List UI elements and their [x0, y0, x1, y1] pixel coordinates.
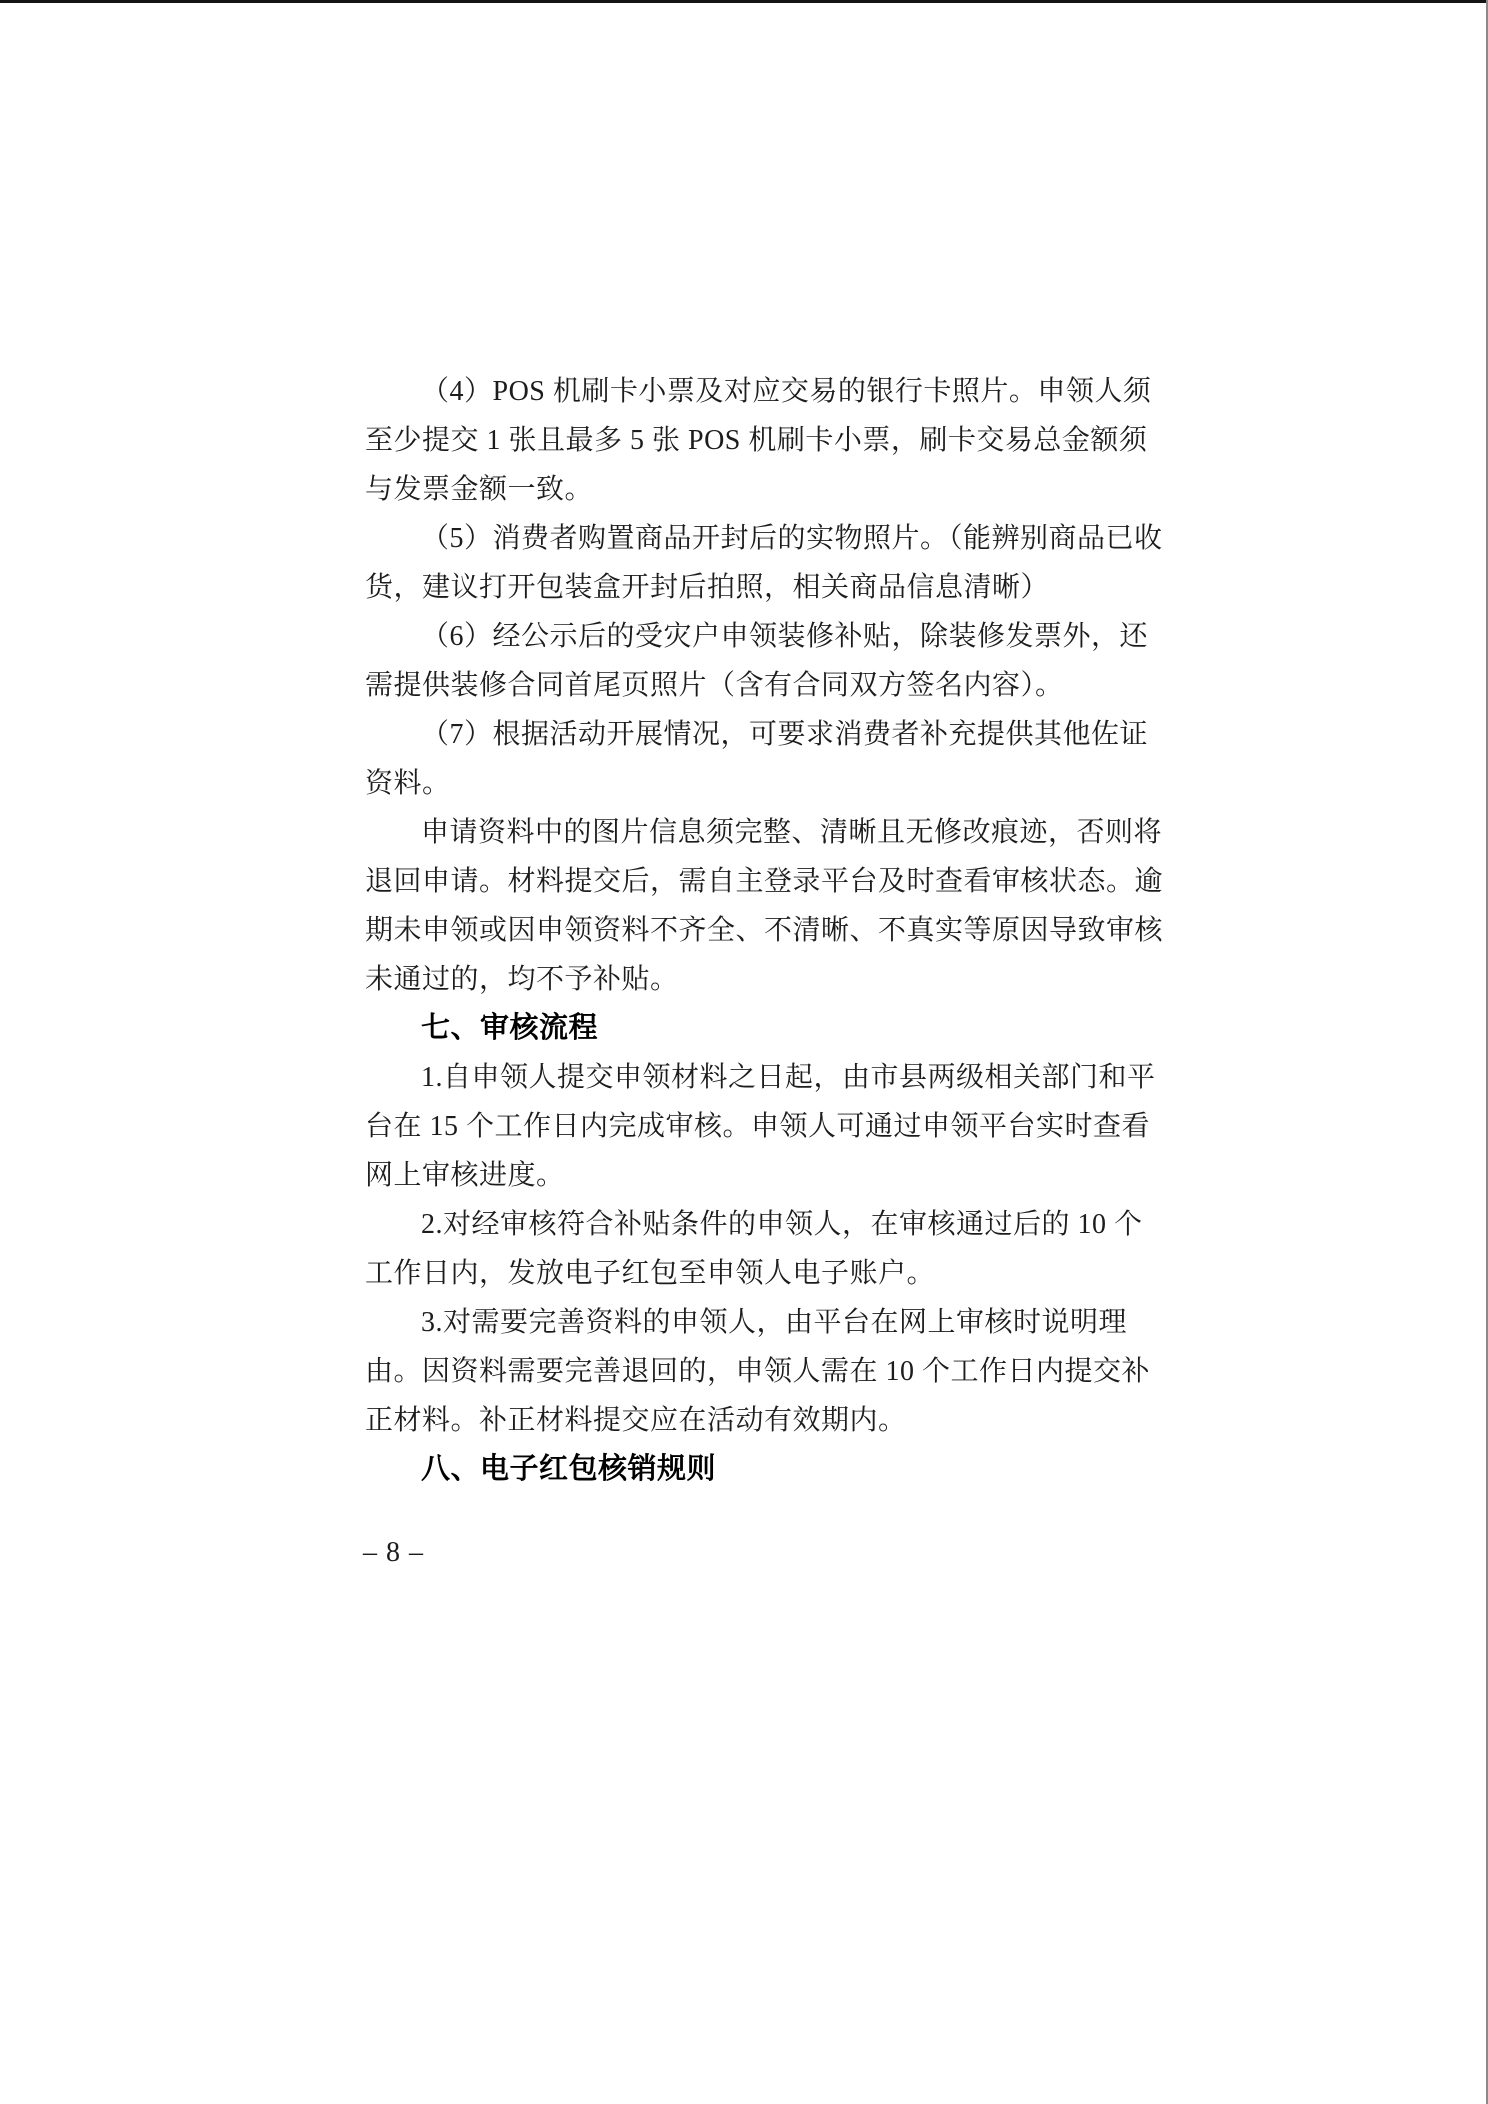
page-number: – 8 – [363, 1528, 424, 1577]
section-heading: 七、审核流程 [365, 1004, 1165, 1053]
text-line: 3.对需要完善资料的申领人，由平台在网上审核时说明理 [365, 1298, 1165, 1347]
text-line: 退回申请。材料提交后，需自主登录平台及时查看审核状态。逾 [365, 857, 1165, 906]
text-line: 未通过的，均不予补贴。 [365, 955, 1165, 1004]
text-line: （4）POS 机刷卡小票及对应交易的银行卡照片。申领人须 [365, 367, 1165, 416]
text-line: 货，建议打开包装盒开封后拍照，相关商品信息清晰） [365, 563, 1165, 612]
text-line: 1.自申领人提交申领材料之日起，由市县两级相关部门和平 [365, 1053, 1165, 1102]
text-line: 申请资料中的图片信息须完整、清晰且无修改痕迹，否则将 [365, 808, 1165, 857]
text-line: 台在 15 个工作日内完成审核。申领人可通过申领平台实时查看 [365, 1102, 1165, 1151]
text-line: 期未申领或因申领资料不齐全、不清晰、不真实等原因导致审核 [365, 906, 1165, 955]
document-page: （4）POS 机刷卡小票及对应交易的银行卡照片。申领人须至少提交 1 张且最多 … [0, 0, 1488, 2104]
text-line: 与发票金额一致。 [365, 465, 1165, 514]
section-heading: 八、电子红包核销规则 [365, 1445, 1165, 1494]
text-line: （7）根据活动开展情况，可要求消费者补充提供其他佐证 [365, 710, 1165, 759]
scan-edge-artifact-top [0, 0, 1488, 3]
text-line: 正材料。补正材料提交应在活动有效期内。 [365, 1396, 1165, 1445]
text-line: 需提供装修合同首尾页照片（含有合同双方签名内容）。 [365, 661, 1165, 710]
text-line: 网上审核进度。 [365, 1151, 1165, 1200]
text-line: 由。因资料需要完善退回的，申领人需在 10 个工作日内提交补 [365, 1347, 1165, 1396]
text-line: （5）消费者购置商品开封后的实物照片。（能辨别商品已收 [365, 514, 1165, 563]
document-text-block: （4）POS 机刷卡小票及对应交易的银行卡照片。申领人须至少提交 1 张且最多 … [365, 367, 1165, 1494]
text-line: 工作日内，发放电子红包至申领人电子账户。 [365, 1249, 1165, 1298]
text-line: （6）经公示后的受灾户申领装修补贴，除装修发票外，还 [365, 612, 1165, 661]
text-line: 资料。 [365, 759, 1165, 808]
text-line: 2.对经审核符合补贴条件的申领人，在审核通过后的 10 个 [365, 1200, 1165, 1249]
text-line: 至少提交 1 张且最多 5 张 POS 机刷卡小票，刷卡交易总金额须 [365, 416, 1165, 465]
